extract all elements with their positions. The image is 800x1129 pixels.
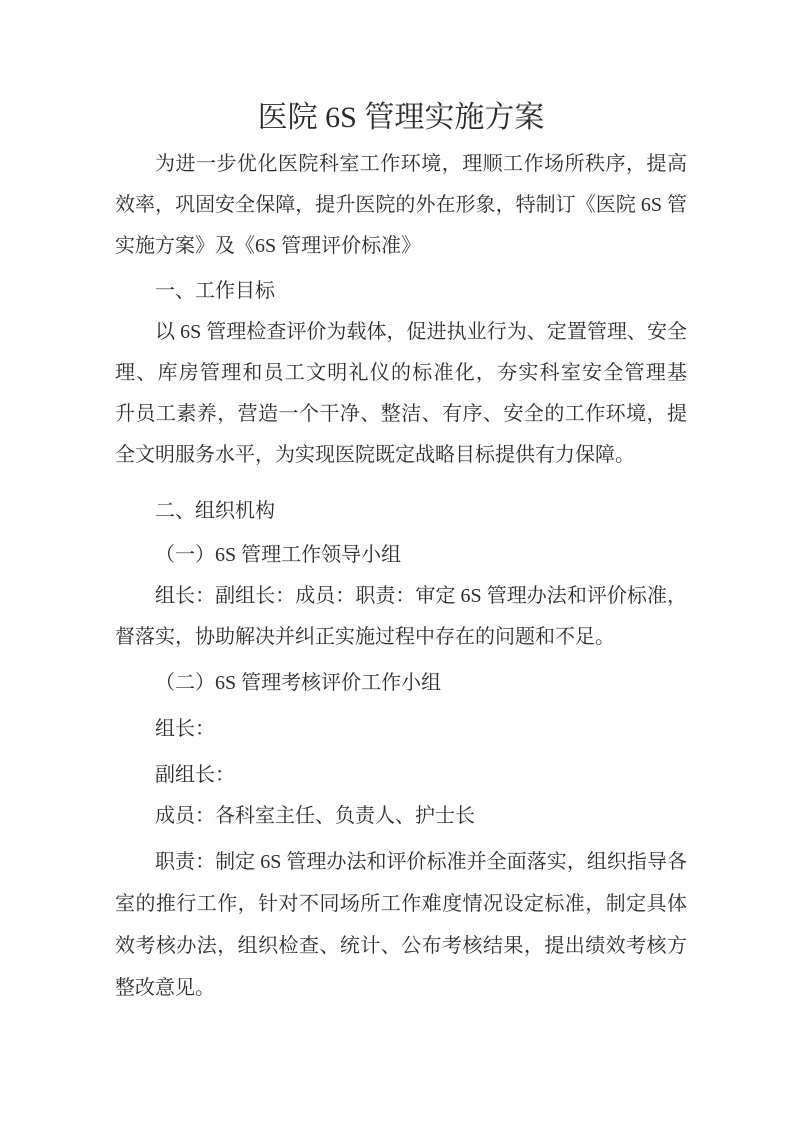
text-line: 效考核办法，组织检查、统计、公布考核结果，提出绩效考核方案和 [115,925,687,967]
text-line: 职责：制定 6S 管理办法和评价标准并全面落实，组织指导各科 [115,841,687,883]
section-1-heading: 一、工作目标 [115,271,687,312]
text-line: 实施方案》及《6S 管理评价标准》 [115,226,687,267]
group-1-heading: （一）6S 管理工作领导小组 [115,535,687,576]
text-line: 效率，巩固安全保障，提升医院的外在形象，特制订《医院 6S 管理 [115,185,687,226]
text-line: 理、库房管理和员工文明礼仪的标准化，夯实科室安全管理基础，提 [115,353,687,394]
text-line: 组长：副组长：成员：职责：审定 6S 管理办法和评价标准，监 [115,576,687,617]
group-2-leader-line: 组长： [115,709,687,750]
group-2-duty-paragraph: 职责：制定 6S 管理办法和评价标准并全面落实，组织指导各科 室的推行工作，针对… [115,841,687,1009]
text-line: 整改意见。 [115,967,687,1009]
group-1-duty-paragraph: 组长：副组长：成员：职责：审定 6S 管理办法和评价标准，监 督落实，协助解决并… [115,576,687,658]
group-2-deputy-leader-line: 副组长： [115,755,687,796]
text-line: 为进一步优化医院科室工作环境，理顺工作场所秩序，提高工作 [115,144,687,185]
section-2-heading: 二、组织机构 [115,491,687,532]
document-page: 医院 6S 管理实施方案 为进一步优化医院科室工作环境，理顺工作场所秩序，提高工… [0,0,800,1009]
text-line: 全文明服务水平，为实现医院既定战略目标提供有力保障。 [115,435,687,476]
group-2-members-line: 成员：各科室主任、负责人、护士长 [115,796,687,837]
document-screenshot: { "style": { "page_background": "#ffffff… [0,0,800,1129]
group-2-heading: （二）6S 管理考核评价工作小组 [115,663,687,704]
text-line: 室的推行工作，针对不同场所工作难度情况设定标准，制定具体的绩 [115,883,687,925]
intro-paragraph: 为进一步优化医院科室工作环境，理顺工作场所秩序，提高工作 效率，巩固安全保障，提… [115,144,687,267]
text-line: 以 6S 管理检查评价为载体，促进执业行为、定置管理、安全管 [115,312,687,353]
section-1-paragraph: 以 6S 管理检查评价为载体，促进执业行为、定置管理、安全管 理、库房管理和员工… [115,312,687,476]
document-title: 医院 6S 管理实施方案 [115,97,687,138]
text-line: 升员工素养，营造一个干净、整洁、有序、安全的工作环境，提高安 [115,394,687,435]
text-line: 督落实，协助解决并纠正实施过程中存在的问题和不足。 [115,617,687,658]
